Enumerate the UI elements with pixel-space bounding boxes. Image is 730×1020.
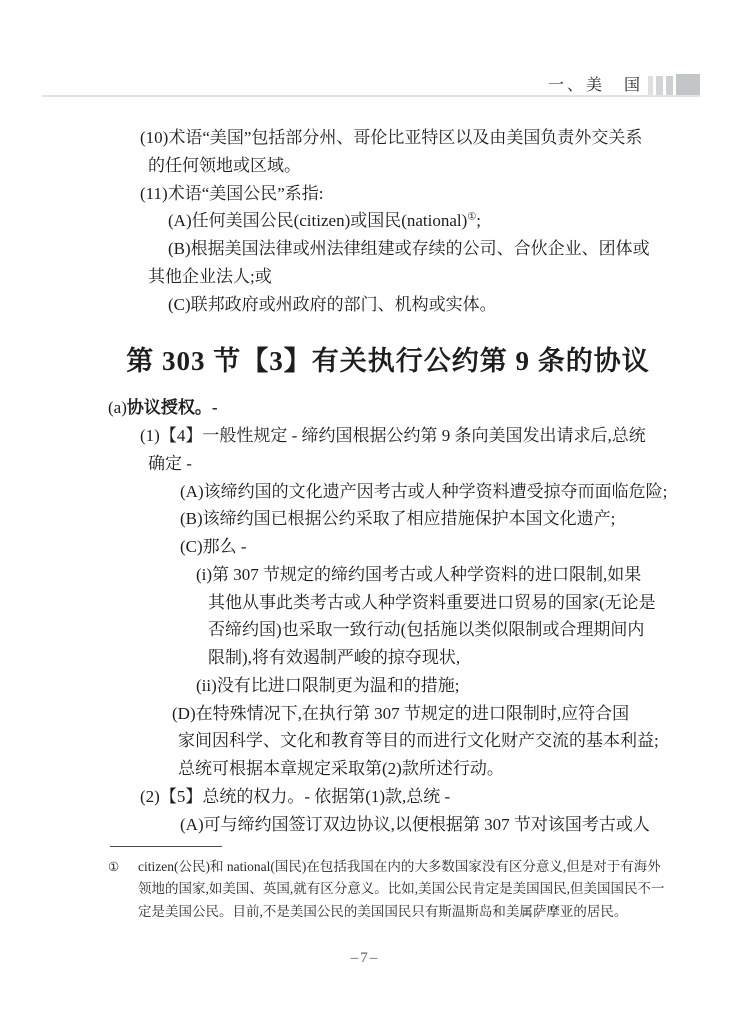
footnote-ref: ①: [467, 212, 476, 223]
page-number: –7–: [0, 950, 730, 967]
decor-bar-icon: [666, 76, 673, 96]
section-heading: 第 303 节【3】有关执行公约第 9 条的协议: [108, 341, 668, 381]
page-content: (10)术语“美国”包括部分州、哥伦比亚特区以及由美国负责外交关系 的任何领地或…: [108, 124, 668, 838]
footnote-marker: ①: [108, 856, 138, 923]
text-line: 总统可根据本章规定采取第(2)款所述行动。: [108, 755, 668, 783]
text-line: 家间因科学、文化和教育等目的而进行文化财产交流的基本利益;: [108, 727, 668, 755]
text-line: (D)在特殊情况下,在执行第 307 节规定的进口限制时,应符合国: [108, 700, 668, 728]
text-line: (i)第 307 节规定的缔约国考古或人种学资料的进口限制,如果: [108, 561, 668, 589]
decor-bar-icon: [648, 76, 653, 96]
text-line: (10)术语“美国”包括部分州、哥伦比亚特区以及由美国负责外交关系: [108, 124, 668, 152]
text-line: (C)联邦政府或州政府的部门、机构或实体。: [108, 291, 668, 319]
text-segment: ;: [476, 211, 481, 230]
text-line: (B)根据美国法律或州法律组建或存续的公司、合伙企业、团体或: [108, 235, 668, 263]
text-line: (ii)没有比进口限制更为温和的措施;: [108, 672, 668, 700]
text-line: (A)任何美国公民(citizen)或国民(national)①;: [108, 207, 668, 235]
text-line: (A)可与缔约国签订双边协议,以便根据第 307 节对该国考古或人: [108, 811, 668, 839]
chapter-title: 一、美 国: [548, 72, 643, 95]
text-line: 的任何领地或区域。: [108, 152, 668, 180]
header-rule: [42, 95, 700, 97]
text-line: 其他企业法人;或: [108, 263, 668, 291]
text-line: (a)协议授权。-: [108, 394, 668, 422]
text-line: (C)那么 -: [108, 533, 668, 561]
text-line: (1)【4】一般性规定 - 缔约国根据公约第 9 条向美国发出请求后,总统: [108, 422, 668, 450]
clause-label: 协议授权。-: [127, 398, 218, 417]
text-line: (A)该缔约国的文化遗产因考古或人种学资料遭受掠夺而面临危险;: [108, 478, 668, 506]
footnote-divider: [110, 846, 222, 847]
text-line: 否缔约国)也采取一致行动(包括施以类似限制或合理期间内: [108, 616, 668, 644]
text-line: (B)该缔约国已根据公约采取了相应措施保护本国文化遗产;: [108, 505, 668, 533]
text-line: 确定 -: [108, 450, 668, 478]
decor-bar-icon: [656, 76, 663, 96]
clause-marker: (a): [108, 398, 127, 417]
footnote-line: 定是美国公民。目前,不是美国公民的美国国民只有斯温斯岛和美属萨摩亚的居民。: [138, 901, 665, 923]
text-segment: (A)任何美国公民(citizen)或国民(national): [168, 211, 467, 230]
text-line: (2)【5】总统的权力。- 依据第(1)款,总统 -: [108, 783, 668, 811]
footnote-line: citizen(公民)和 national(国民)在包括我国在内的大多数国家没有…: [138, 856, 665, 878]
document-page: 一、美 国 (10)术语“美国”包括部分州、哥伦比亚特区以及由美国负责外交关系 …: [0, 0, 730, 1020]
header-decoration: [648, 74, 700, 96]
footnote: ① citizen(公民)和 national(国民)在包括我国在内的大多数国家…: [108, 846, 653, 923]
text-line: (11)术语“美国公民”系指:: [108, 180, 668, 208]
decor-square-icon: [676, 74, 700, 96]
footnote-line: 领地的国家,如美国、英国,就有区分意义。比如,美国公民肯定是美国国民,但美国国民…: [138, 878, 665, 900]
footnote-text: citizen(公民)和 national(国民)在包括我国在内的大多数国家没有…: [138, 856, 665, 923]
text-line: 限制),将有效遏制严峻的掠夺现状,: [108, 644, 668, 672]
text-line: 其他从事此类考古或人种学资料重要进口贸易的国家(无论是: [108, 589, 668, 617]
